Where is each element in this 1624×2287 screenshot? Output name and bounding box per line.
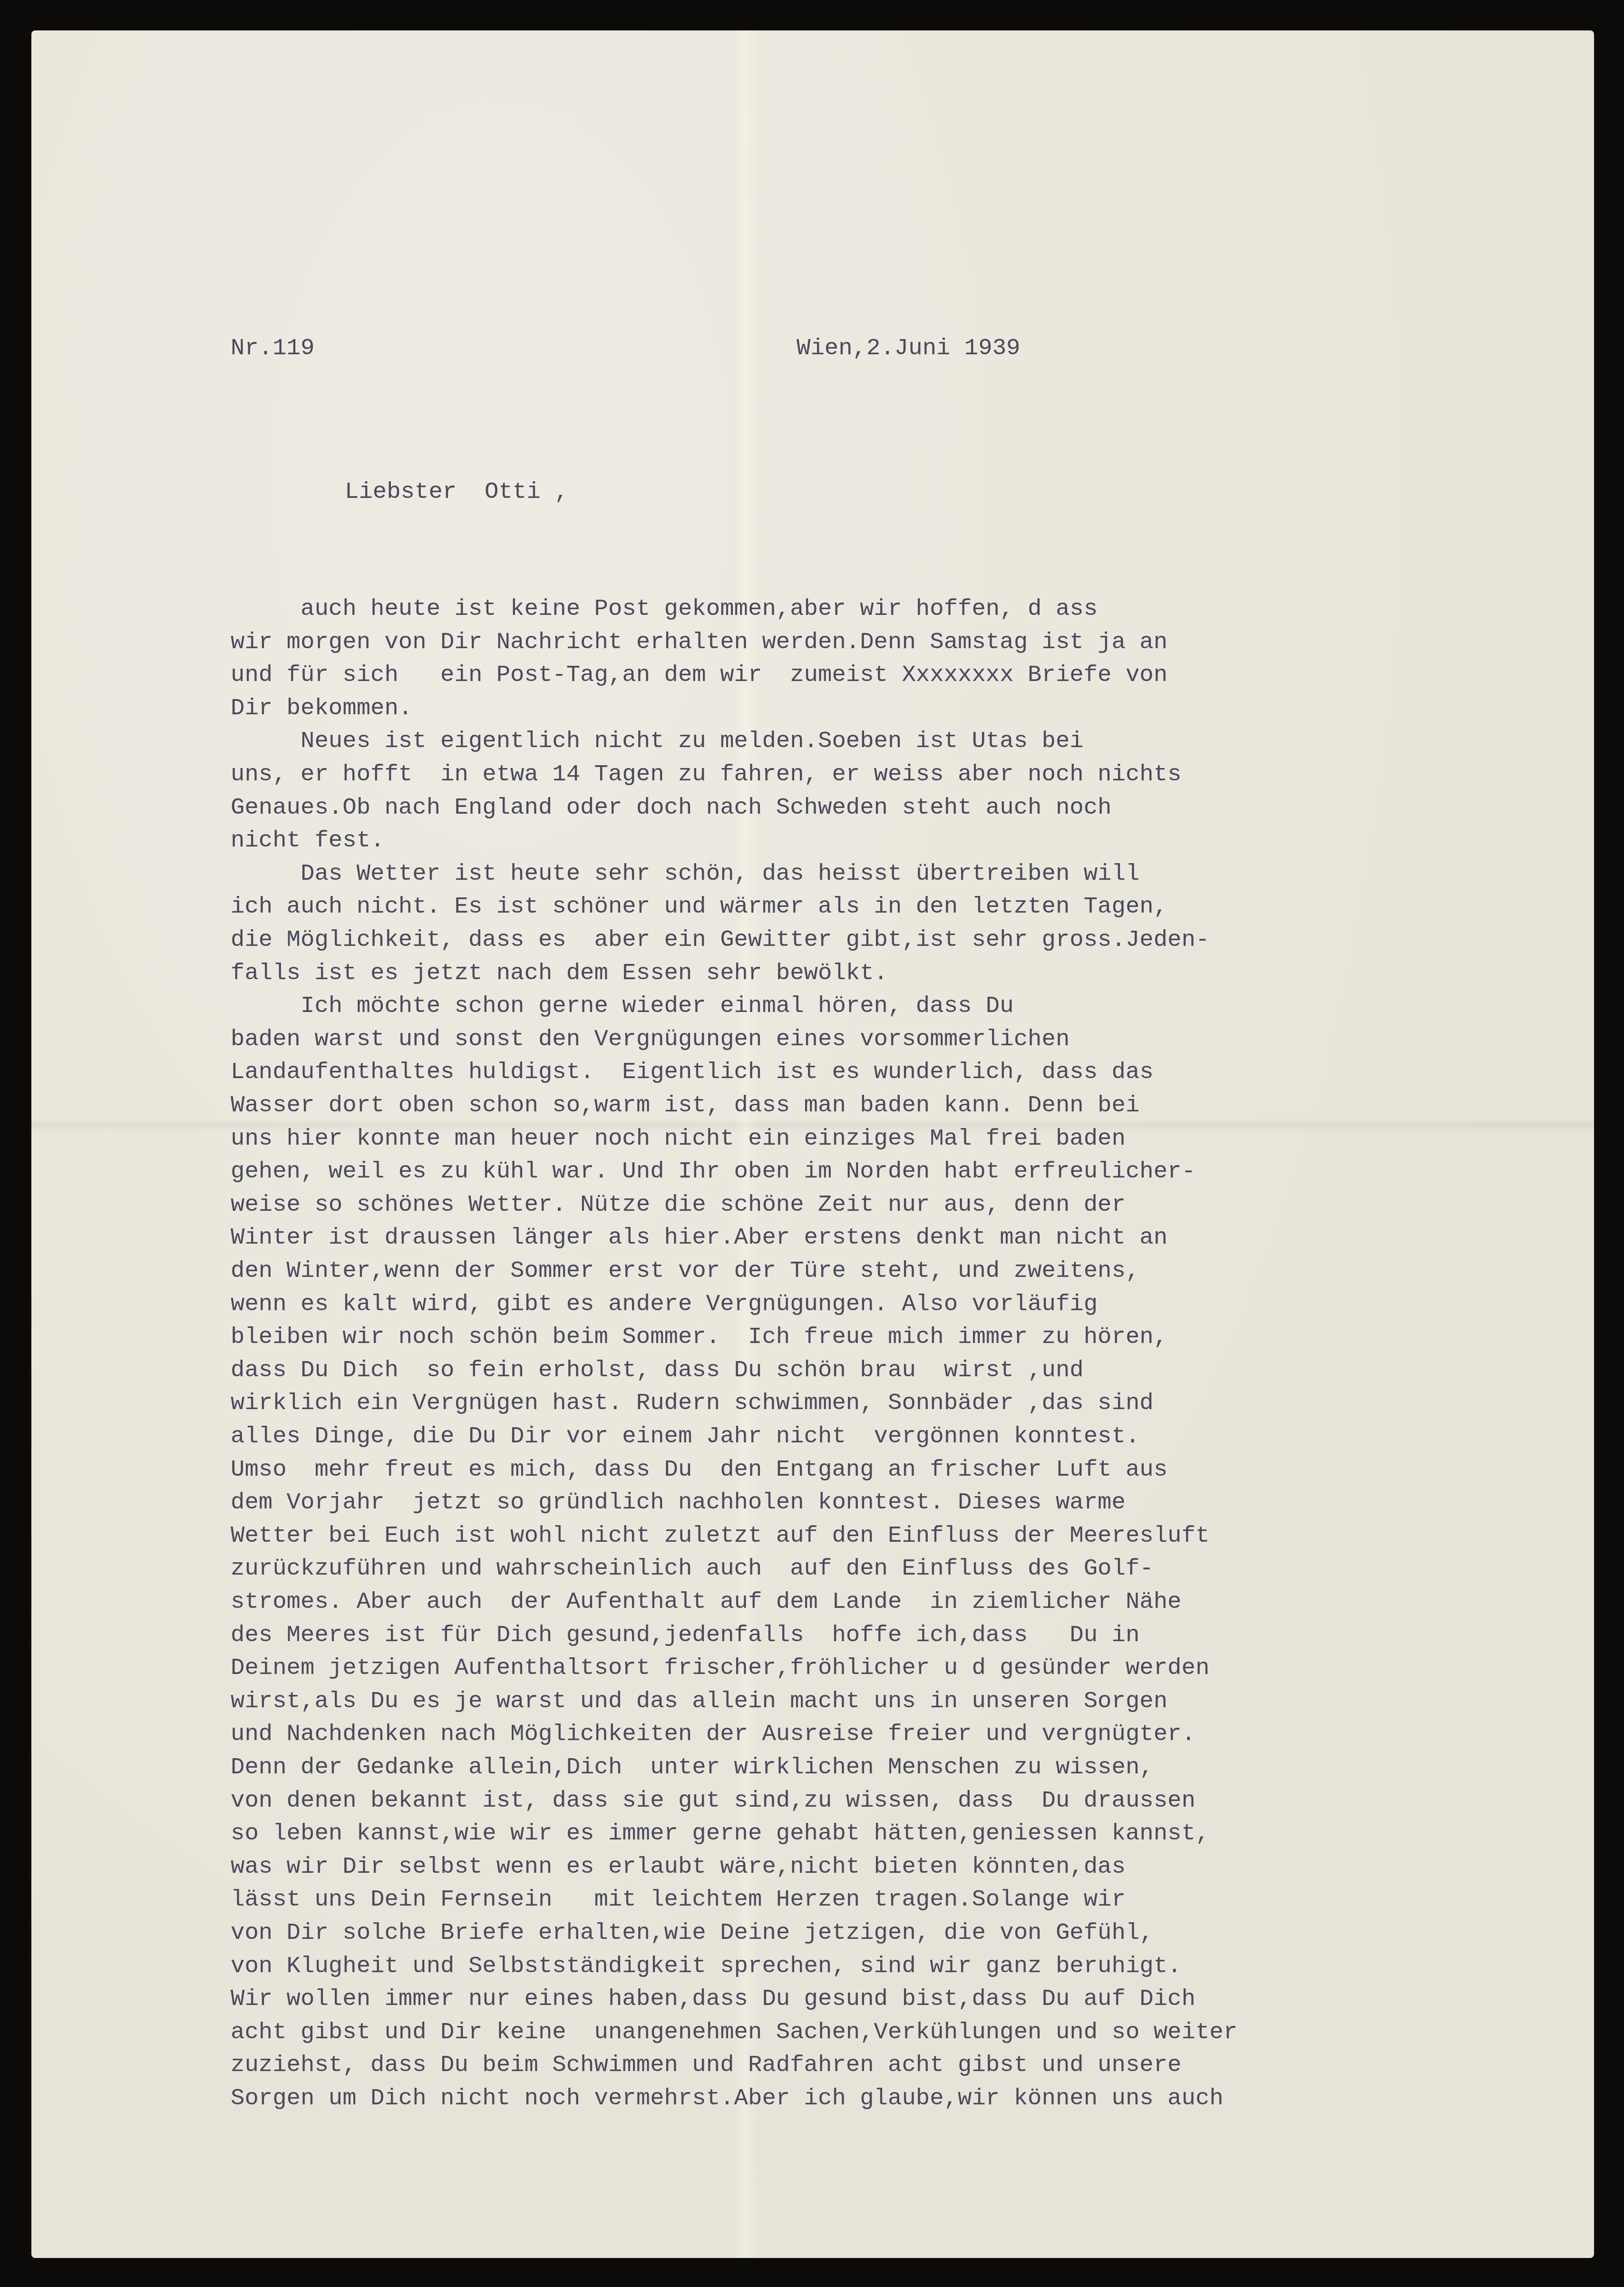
body-line: von Dir solche Briefe erhalten,wie Deine… xyxy=(231,1918,1154,1947)
body-line: von Klugheit und Selbstständigkeit sprec… xyxy=(231,1952,1182,1980)
body-line: wenn es kalt wird, gibt es andere Vergnü… xyxy=(231,1290,1098,1318)
body-line: lässt uns Dein Fernsein mit leichtem Her… xyxy=(231,1885,1126,1914)
body-line: dem Vorjahr jetzt so gründlich nachholen… xyxy=(231,1488,1126,1517)
body-line: auch heute ist keine Post gekommen,aber … xyxy=(231,594,1098,623)
body-line: von denen bekannt ist, dass sie gut sind… xyxy=(231,1786,1196,1815)
body-line: Ich möchte schon gerne wieder einmal hör… xyxy=(231,992,1014,1020)
place-date: Wien,2.Juni 1939 xyxy=(797,334,1020,362)
body-line: uns, er hofft in etwa 14 Tagen zu fahren… xyxy=(231,760,1182,788)
body-line: Wetter bei Euch ist wohl nicht zuletzt a… xyxy=(231,1521,1209,1550)
body-line: Sorgen um Dich nicht noch vermehrst.Aber… xyxy=(231,2084,1224,2112)
body-line: was wir Dir selbst wenn es erlaubt wäre,… xyxy=(231,1852,1126,1881)
body-line: den Winter,wenn der Sommer erst vor der … xyxy=(231,1256,1139,1285)
body-line: baden warst und sonst den Vergnügungen e… xyxy=(231,1025,1070,1053)
body-line: Wir wollen immer nur eines haben,dass Du… xyxy=(231,1985,1196,2013)
body-line: wir morgen von Dir Nachricht erhalten we… xyxy=(231,628,1167,656)
body-line: weise so schönes Wetter. Nütze die schön… xyxy=(231,1190,1126,1219)
body-line: Deinem jetzigen Aufenthaltsort frischer,… xyxy=(231,1654,1209,1682)
body-line: zurückzuführen und wahrscheinlich auch a… xyxy=(231,1554,1154,1583)
body-line: bleiben wir noch schön beim Sommer. Ich … xyxy=(231,1323,1167,1351)
body-line: dass Du Dich so fein erholst, dass Du sc… xyxy=(231,1356,1084,1384)
body-line: gehen, weil es zu kühl war. Und Ihr oben… xyxy=(231,1157,1196,1186)
body-line: wirklich ein Vergnügen hast. Rudern schw… xyxy=(231,1389,1154,1417)
body-line: falls ist es jetzt nach dem Essen sehr b… xyxy=(231,959,888,987)
body-line: die Möglichkeit, dass es aber ein Gewitt… xyxy=(231,925,1209,954)
body-line: Genaues.Ob nach England oder doch nach S… xyxy=(231,793,1112,822)
body-line: Das Wetter ist heute sehr schön, das hei… xyxy=(231,859,1139,888)
body-line: uns hier konnte man heuer noch nicht ein… xyxy=(231,1124,1126,1153)
body-line: ich auch nicht. Es ist schöner und wärme… xyxy=(231,892,1167,921)
body-line: Umso mehr freut es mich, dass Du den Ent… xyxy=(231,1455,1167,1484)
body-line: Landaufenthaltes huldigst. Eigentlich is… xyxy=(231,1058,1154,1086)
body-line: stromes. Aber auch der Aufenthalt auf de… xyxy=(231,1587,1182,1616)
body-line: und Nachdenken nach Möglichkeiten der Au… xyxy=(231,1720,1196,1748)
salutation: Liebster Otti , xyxy=(345,477,568,506)
letter-number: Nr.119 xyxy=(231,334,314,362)
body-line: wirst,als Du es je warst und das allein … xyxy=(231,1687,1167,1715)
body-line: zuziehst, dass Du beim Schwimmen und Rad… xyxy=(231,2051,1182,2079)
body-line: des Meeres ist für Dich gesund,jedenfall… xyxy=(231,1621,1139,1649)
body-line: acht gibst und Dir keine unangenehmen Sa… xyxy=(231,2018,1237,2046)
body-line: und für sich ein Post-Tag,an dem wir zum… xyxy=(231,661,1167,689)
body-line: Neues ist eigentlich nicht zu melden.Soe… xyxy=(231,727,1084,755)
body-line: Wasser dort oben schon so,warm ist, dass… xyxy=(231,1091,1139,1119)
body-line: alles Dinge, die Du Dir vor einem Jahr n… xyxy=(231,1422,1139,1450)
body-line: so leben kannst,wie wir es immer gerne g… xyxy=(231,1819,1209,1848)
body-line: Winter ist draussen länger als hier.Aber… xyxy=(231,1223,1167,1252)
body-line: Denn der Gedanke allein,Dich unter wirkl… xyxy=(231,1753,1154,1781)
body-line: Dir bekommen. xyxy=(231,694,412,722)
body-line: nicht fest. xyxy=(231,826,384,855)
